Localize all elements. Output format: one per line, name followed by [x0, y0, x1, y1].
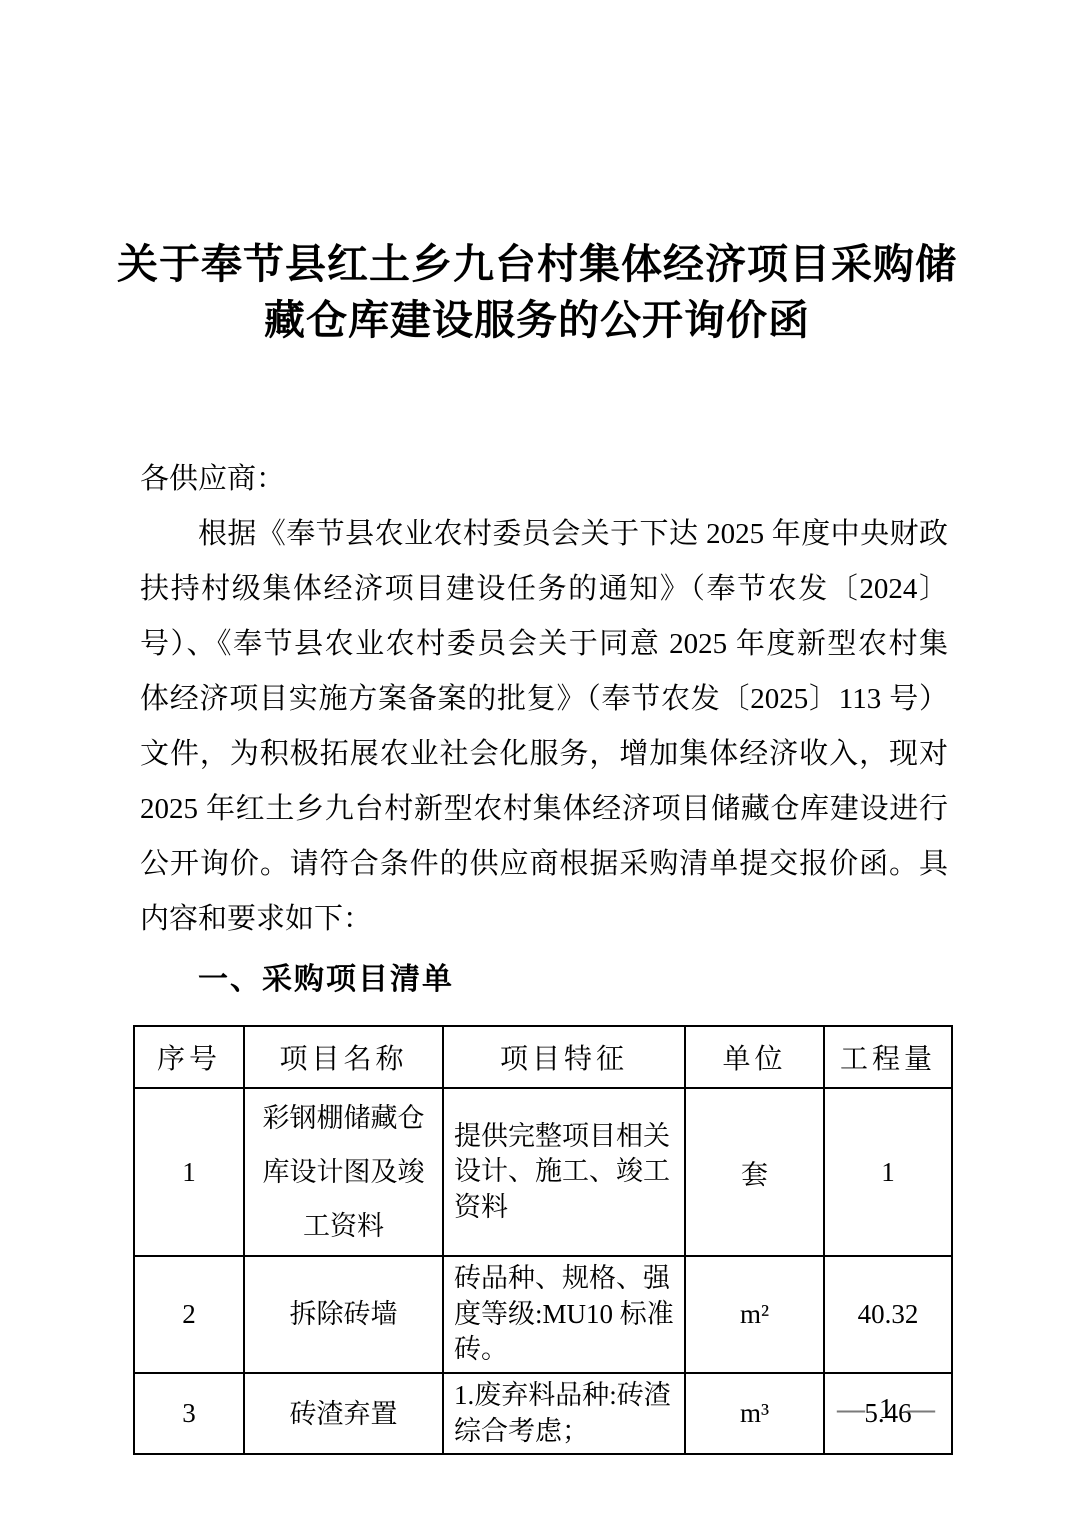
- salutation: 各供应商：: [140, 452, 948, 507]
- document-body: 各供应商： 根据《奉节县农业农村委员会关于下达 2025 年度中央财政 扶持村级…: [140, 452, 948, 1001]
- paragraph-line: 号）、《奉节县农业农村委员会关于同意 2025 年度新型农村集: [140, 617, 948, 672]
- table-cell-unit: m³: [685, 1373, 824, 1454]
- table-cell-quantity: 40.32: [824, 1256, 952, 1373]
- table-cell-feature: 提供完整项目相关设计、施工、竣工资料: [443, 1088, 685, 1256]
- table-cell-quantity: 1: [824, 1088, 952, 1256]
- document-title-line-1: 关于奉节县红土乡九台村集体经济项目采购储: [70, 236, 1004, 292]
- table-row: 2 拆除砖墙 砖品种、规格、强度等级:MU10 标准砖。 m² 40.32: [134, 1256, 952, 1373]
- table-header-unit: 单位: [685, 1026, 824, 1088]
- paragraph-line: 文件，为积极拓展农业社会化服务，增加集体经济收入，现对: [140, 727, 948, 782]
- table-cell-feature: 1.废弃料品种:砖渣综合考虑；: [443, 1373, 685, 1454]
- footer-dash-right: —: [907, 1394, 935, 1425]
- table-cell-name: 拆除砖墙: [244, 1256, 443, 1373]
- paragraph-line: 体经济项目实施方案备案的批复》（奉节农发〔2025〕113 号）: [140, 672, 948, 727]
- footer-page-number: 1: [879, 1394, 893, 1425]
- table-header-feature: 项目特征: [443, 1026, 685, 1088]
- page-footer: —1—: [837, 1394, 935, 1426]
- table-cell-serial: 1: [134, 1088, 244, 1256]
- table-cell-name: 砖渣弃置: [244, 1373, 443, 1454]
- table-cell-unit: m²: [685, 1256, 824, 1373]
- document-title-line-2: 藏仓库建设服务的公开询价函: [70, 292, 1004, 348]
- table-header-row: 序号 项目名称 项目特征 单位 工程量: [134, 1026, 952, 1088]
- table-header-quantity: 工程量: [824, 1026, 952, 1088]
- document-title: 关于奉节县红土乡九台村集体经济项目采购储 藏仓库建设服务的公开询价函: [70, 236, 1004, 348]
- table-cell-feature: 砖品种、规格、强度等级:MU10 标准砖。: [443, 1256, 685, 1373]
- table-cell-name: 彩钢棚储藏仓库设计图及竣工资料: [244, 1088, 443, 1256]
- paragraph-line: 公开询价。请符合条件的供应商根据采购清单提交报价函。具体: [140, 837, 948, 892]
- table-cell-serial: 2: [134, 1256, 244, 1373]
- purchase-items-table: 序号 项目名称 项目特征 单位 工程量 1 彩钢棚储藏仓库设计图及竣工资料 提供…: [133, 1025, 953, 1455]
- paragraph-line: 2025 年红土乡九台村新型农村集体经济项目储藏仓库建设进行: [140, 782, 948, 837]
- footer-dash-left: —: [837, 1394, 865, 1425]
- table-row: 3 砖渣弃置 1.废弃料品种:砖渣综合考虑； m³ 5.46: [134, 1373, 952, 1454]
- table-row: 1 彩钢棚储藏仓库设计图及竣工资料 提供完整项目相关设计、施工、竣工资料 套 1: [134, 1088, 952, 1256]
- table-cell-unit: 套: [685, 1088, 824, 1256]
- table-cell-serial: 3: [134, 1373, 244, 1454]
- document-page: 关于奉节县红土乡九台村集体经济项目采购储 藏仓库建设服务的公开询价函 各供应商：…: [0, 0, 1074, 1520]
- table-header-serial: 序号: [134, 1026, 244, 1088]
- paragraph-line: 根据《奉节县农业农村委员会关于下达 2025 年度中央财政: [140, 507, 948, 562]
- section-heading-purchase-list: 一、采购项目清单: [140, 959, 948, 1001]
- paragraph-line: 扶持村级集体经济项目建设任务的通知》（奉节农发〔2024〕296: [140, 562, 948, 617]
- paragraph-line: 内容和要求如下：: [140, 892, 948, 947]
- table-header-name: 项目名称: [244, 1026, 443, 1088]
